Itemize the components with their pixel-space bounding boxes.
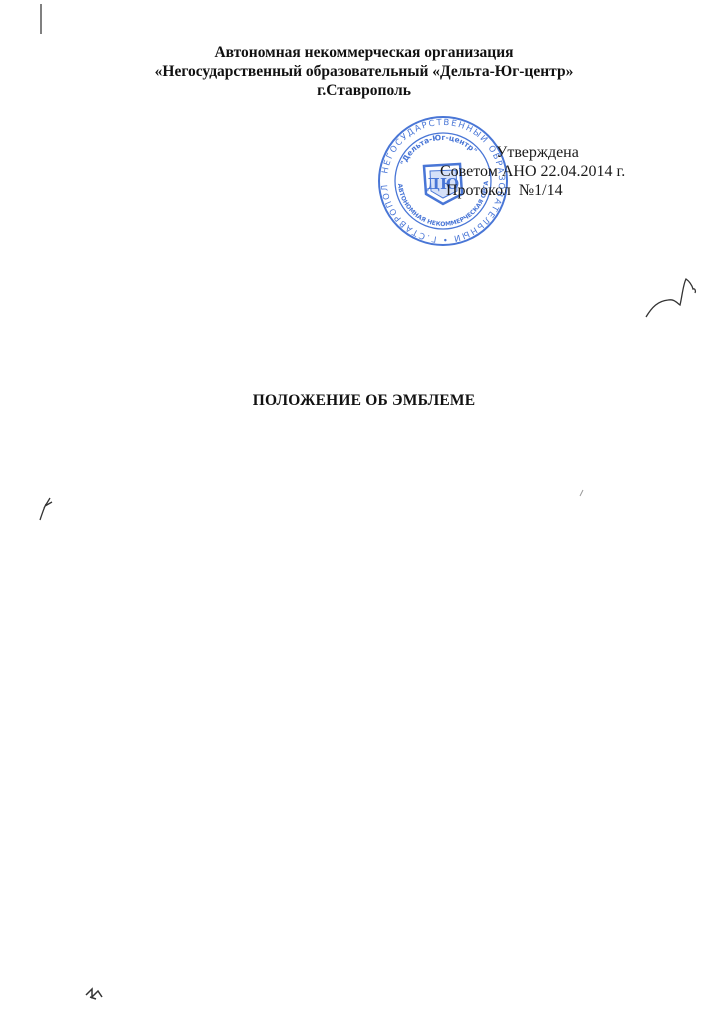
header-line-1: Автономная некоммерческая организация [0, 43, 728, 62]
document-title: ПОЛОЖЕНИЕ ОБ ЭМБЛЕМЕ [0, 392, 728, 410]
approval-block: Утверждена Советом АНО 22.04.2014 г. Про… [440, 143, 625, 200]
approval-line-1: Утверждена [440, 143, 625, 162]
approval-line-3: Протокол №1/14 [440, 181, 625, 200]
header-line-2: «Негосударственный образовательный «Дель… [0, 62, 728, 81]
header-line-3: г.Ставрополь [0, 81, 728, 100]
approval-line-2: Советом АНО 22.04.2014 г. [440, 162, 625, 181]
scan-speck [578, 488, 586, 498]
scan-line-mark [36, 2, 48, 36]
organization-header: Автономная некоммерческая организация «Н… [0, 43, 728, 100]
handwritten-mark-left [36, 494, 56, 524]
signature-mark [640, 275, 700, 325]
handwritten-mark-bottom [84, 985, 106, 1001]
